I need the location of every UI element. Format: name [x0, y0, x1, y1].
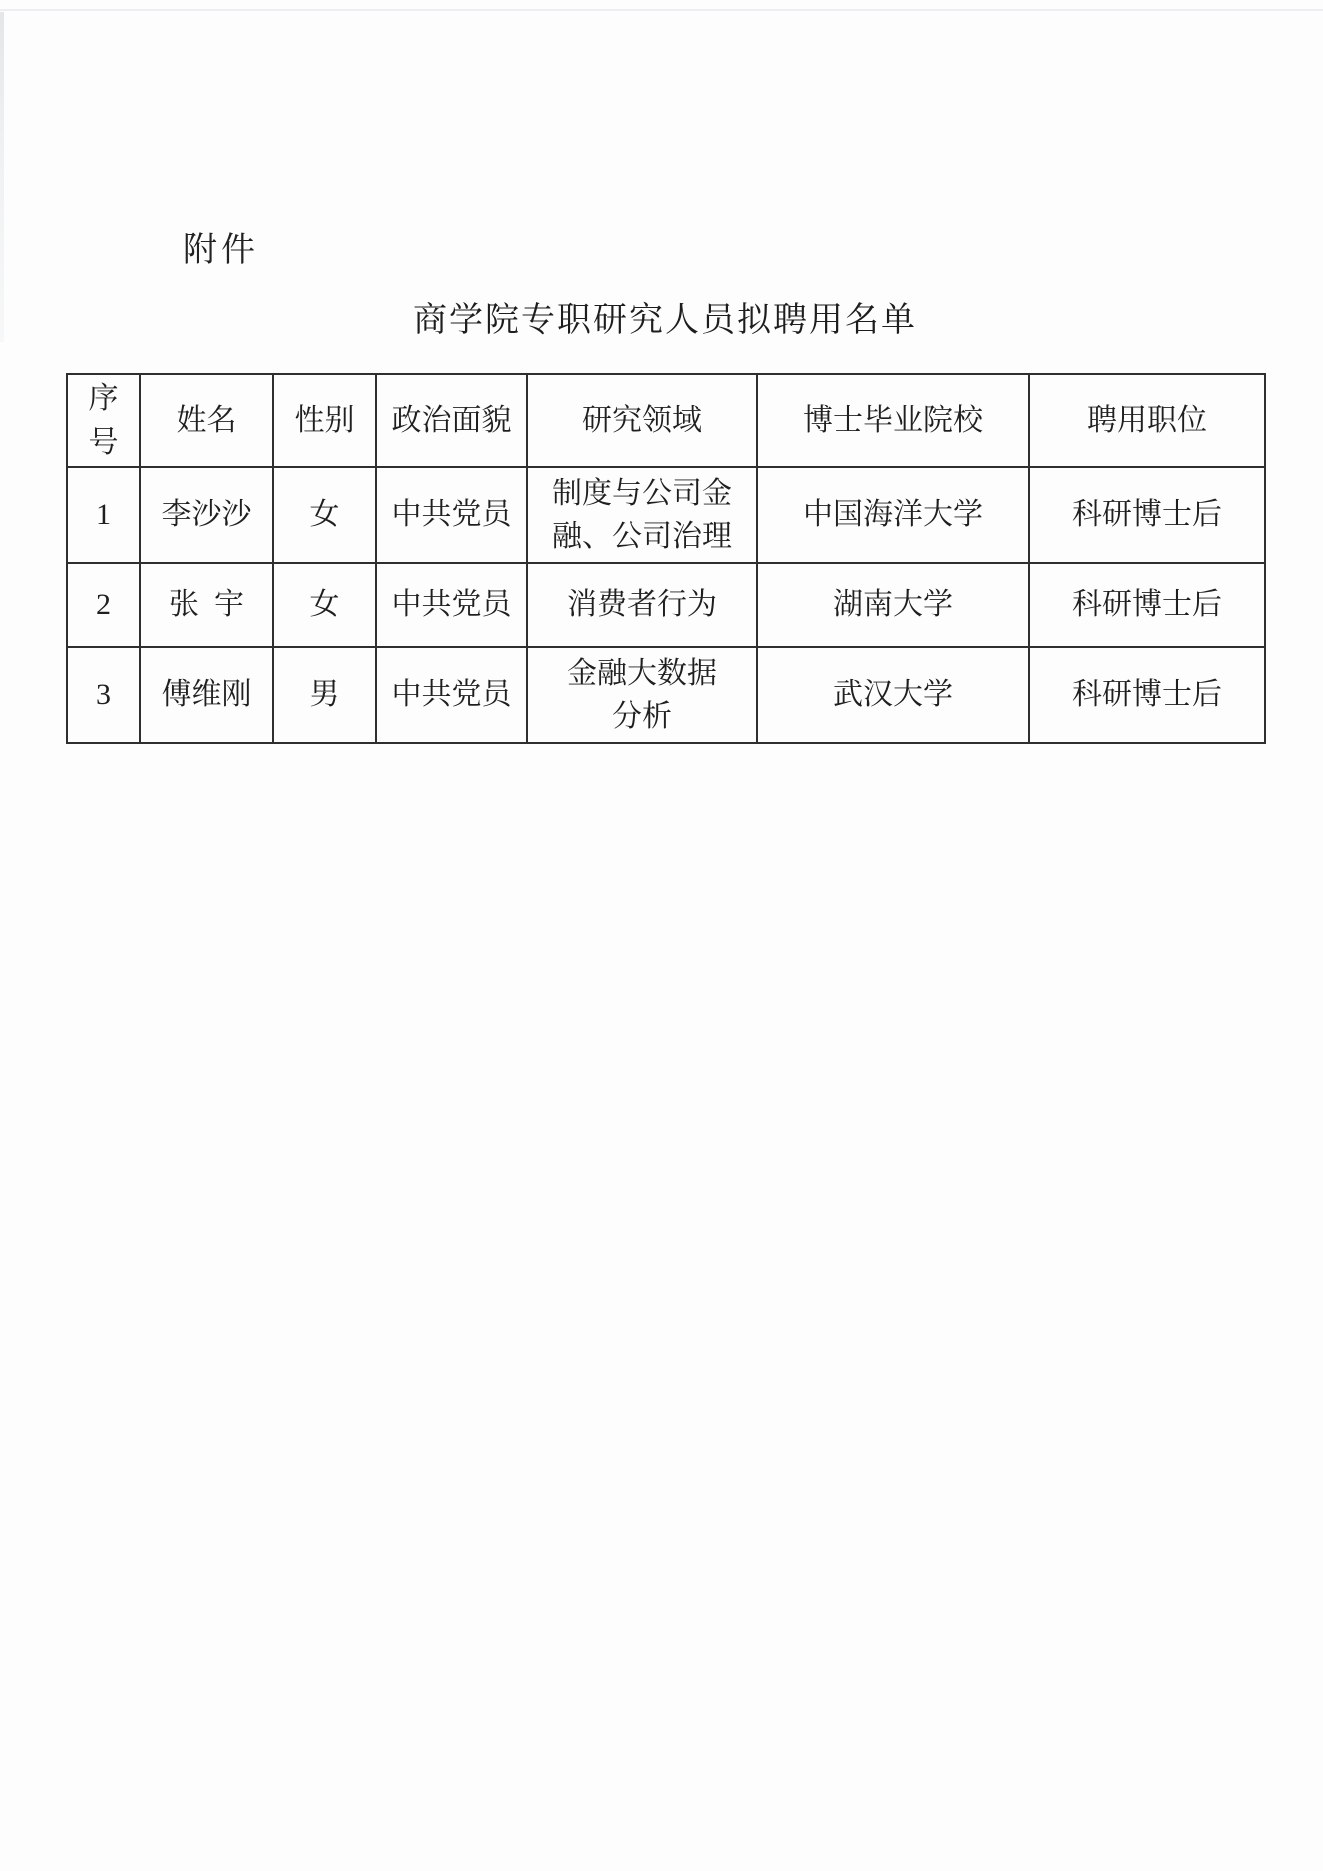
cell-position: 科研博士后 — [1029, 647, 1265, 743]
header-cell-gender: 性别 — [273, 374, 376, 467]
scan-artifact-left-edge — [0, 12, 4, 342]
header-cell-name: 姓名 — [140, 374, 273, 467]
cell-research-field: 制度与公司金 融、公司治理 — [527, 467, 757, 563]
header-cell-position: 聘用职位 — [1029, 374, 1265, 467]
cell-politics: 中共党员 — [376, 467, 527, 563]
cell-index: 1 — [67, 467, 140, 563]
table-row: 1 李沙沙 女 中共党员 制度与公司金 融、公司治理 中国海洋大学 科研博士后 — [67, 467, 1265, 563]
table-row: 2 张 宇 女 中共党员 消费者行为 湖南大学 科研博士后 — [67, 563, 1265, 647]
cell-phd-school: 湖南大学 — [757, 563, 1029, 647]
cell-name: 张 宇 — [140, 563, 273, 647]
header-cell-phd-school: 博士毕业院校 — [757, 374, 1029, 467]
roster-table: 序 号 姓名 性别 政治面貌 研究领域 博士毕业院校 聘用职位 1 李沙沙 女 … — [66, 373, 1266, 744]
attachment-label: 附件 — [183, 222, 259, 271]
cell-position: 科研博士后 — [1029, 467, 1265, 563]
cell-politics: 中共党员 — [376, 647, 527, 743]
header-cell-politics: 政治面貌 — [376, 374, 527, 467]
scan-artifact-topline — [0, 9, 1323, 11]
cell-name: 傅维刚 — [140, 647, 273, 743]
table-row: 3 傅维刚 男 中共党员 金融大数据 分析 武汉大学 科研博士后 — [67, 647, 1265, 743]
cell-research-field: 金融大数据 分析 — [527, 647, 757, 743]
cell-gender: 女 — [273, 563, 376, 647]
cell-gender: 男 — [273, 647, 376, 743]
page-title: 商学院专职研究人员拟聘用名单 — [66, 292, 1264, 341]
cell-index: 2 — [67, 563, 140, 647]
document-page: 附件 商学院专职研究人员拟聘用名单 序 号 姓名 性别 政治面貌 研究领域 博士… — [0, 0, 1323, 1871]
header-cell-index: 序 号 — [67, 374, 140, 467]
cell-phd-school: 中国海洋大学 — [757, 467, 1029, 563]
cell-phd-school: 武汉大学 — [757, 647, 1029, 743]
cell-politics: 中共党员 — [376, 563, 527, 647]
cell-position: 科研博士后 — [1029, 563, 1265, 647]
cell-index: 3 — [67, 647, 140, 743]
header-cell-research-field: 研究领域 — [527, 374, 757, 467]
cell-name: 李沙沙 — [140, 467, 273, 563]
cell-gender: 女 — [273, 467, 376, 563]
cell-research-field: 消费者行为 — [527, 563, 757, 647]
table-header-row: 序 号 姓名 性别 政治面貌 研究领域 博士毕业院校 聘用职位 — [67, 374, 1265, 467]
